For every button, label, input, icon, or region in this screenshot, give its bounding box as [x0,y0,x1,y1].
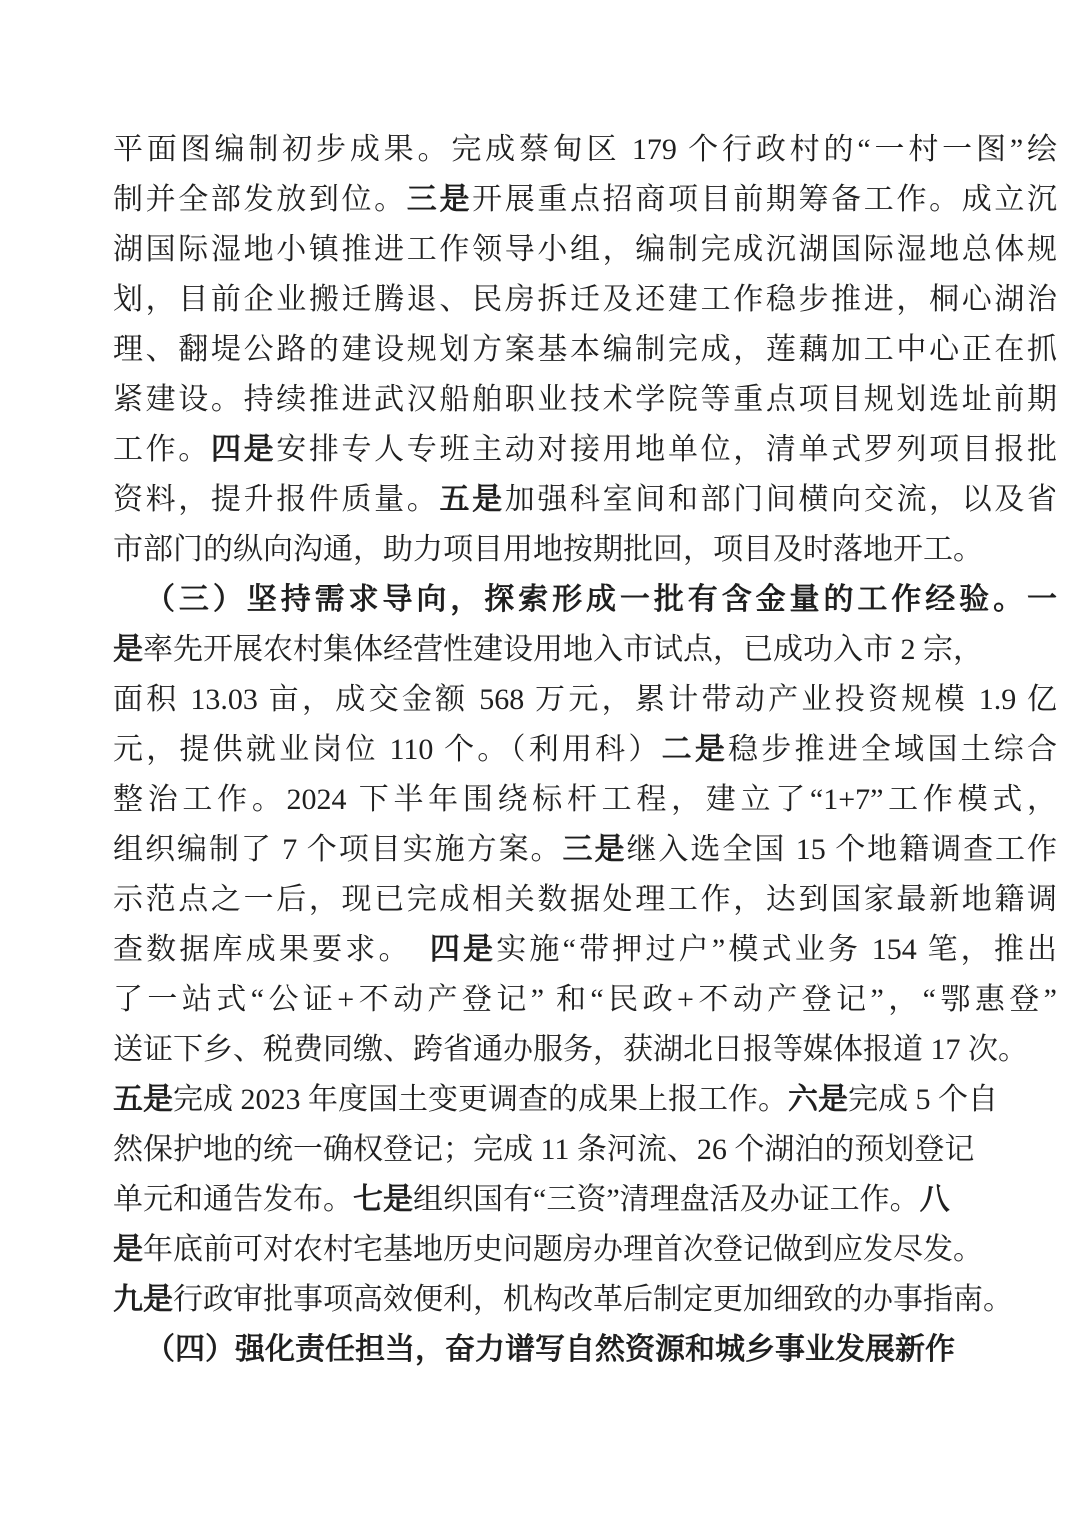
text-segment: 实施“带押过户”模式业务 154 笔，推出 [496,933,1057,966]
text-line: 是年底前可对农村宅基地历史问题房办理首次登记做到应发尽发。 [113,1225,1057,1275]
text-segment: 稳步推进全域国土综合 [728,733,1057,766]
text-line: （三）坚持需求导向，探索形成一批有含金量的工作经验。一 [113,575,1057,625]
text-segment: 紧建设。持续推进武汉船舶职业技术学院等重点项目规划选址前期 [113,383,1057,416]
bold-text-segment: 三是 [563,833,627,866]
text-segment: 送证下乡、税费同缴、跨省通办服务，获湖北日报等媒体报道 17 次。 [113,1033,1028,1066]
text-line: 查数据库成果要求。 四是实施“带押过户”模式业务 154 笔，推出 [113,925,1057,975]
text-line: 送证下乡、税费同缴、跨省通办服务，获湖北日报等媒体报道 17 次。 [113,1025,1057,1075]
text-segment: 加强科室间和部门间横向交流，以及省 [505,483,1057,516]
bold-text-segment: 六是 [788,1083,848,1116]
text-segment: 完成 2023 年度国土变更调查的成果上报工作。 [173,1083,788,1116]
text-line: 整治工作。2024 下半年围绕标杆工程，建立了“1+7”工作模式， [113,775,1057,825]
text-line: （四）强化责任担当，奋力谱写自然资源和城乡事业发展新作 [113,1325,1057,1375]
text-segment: 面积 13.03 亩，成交金额 568 万元，累计带动产业投资规模 1.9 亿 [113,683,1057,716]
text-line: 面积 13.03 亩，成交金额 568 万元，累计带动产业投资规模 1.9 亿 [113,675,1057,725]
text-segment: 组织国有“三资”清理盘活及办证工作。 [413,1183,920,1216]
text-line: 组织编制了 7 个项目实施方案。三是继入选全国 15 个地籍调查工作 [113,825,1057,875]
text-segment: 单元和通告发布。 [113,1183,353,1216]
text-line: 了一站式“公证+不动产登记” 和“民政+不动产登记”，“鄂惠登” [113,975,1057,1025]
text-segment: 制并全部发放到位。 [113,183,407,216]
text-line: 单元和通告发布。七是组织国有“三资”清理盘活及办证工作。八 [113,1175,1057,1225]
text-line: 市部门的纵向沟通，助力项目用地按期批回，项目及时落地开工。 [113,525,1057,575]
text-segment: 组织编制了 7 个项目实施方案。 [113,833,563,866]
text-line: 紧建设。持续推进武汉船舶职业技术学院等重点项目规划选址前期 [113,375,1057,425]
text-segment: 完成 5 个自 [848,1083,998,1116]
text-line: 制并全部发放到位。三是开展重点招商项目前期筹备工作。成立沉 [113,175,1057,225]
bold-text-segment: 四是 [430,933,496,966]
text-line: 湖国际湿地小镇推进工作领导小组，编制完成沉湖国际湿地总体规 [113,225,1057,275]
text-segment: 市部门的纵向沟通，助力项目用地按期批回，项目及时落地开工。 [113,533,983,566]
bold-text-segment: （四）强化责任担当，奋力谱写自然资源和城乡事业发展新作 [145,1333,955,1366]
text-line: 平面图编制初步成果。完成蔡甸区 179 个行政村的“一村一图”绘 [113,125,1057,175]
text-segment: 划，目前企业搬迁腾退、民房拆迁及还建工作稳步推进，桐心湖治 [113,283,1057,316]
bold-text-segment: 是 [113,1233,143,1266]
text-segment: 行政审批事项高效便利，机构改革后制定更加细致的办事指南。 [173,1283,1013,1316]
bold-text-segment: 八 [920,1183,950,1216]
text-line: 示范点之一后，现已完成相关数据处理工作，达到国家最新地籍调 [113,875,1057,925]
bold-text-segment: （三）坚持需求导向，探索形成一批有含金量的工作经验。一 [145,583,1057,616]
bold-text-segment: 四是 [211,433,276,466]
bold-text-segment: 二是 [662,733,728,766]
text-segment: 开展重点招商项目前期筹备工作。成立沉 [472,183,1057,216]
bold-text-segment: 五是 [439,483,504,516]
text-line: 工作。四是安排专人专班主动对接用地单位，清单式罗列项目报批 [113,425,1057,475]
bold-text-segment: 是 [113,633,143,666]
document-page: 平面图编制初步成果。完成蔡甸区 179 个行政村的“一村一图”绘制并全部发放到位… [0,0,1074,1520]
bold-text-segment: 三是 [407,183,472,216]
text-segment: 率先开展农村集体经营性建设用地入市试点，已成功入市 2 宗， [143,633,983,666]
text-segment: 理、翻堤公路的建设规划方案基本编制完成，莲藕加工中心正在抓 [113,333,1057,366]
text-segment: 年底前可对农村宅基地历史问题房办理首次登记做到应发尽发。 [143,1233,983,1266]
text-segment: 安排专人专班主动对接用地单位，清单式罗列项目报批 [276,433,1057,466]
text-line: 是率先开展农村集体经营性建设用地入市试点，已成功入市 2 宗， [113,625,1057,675]
text-line: 五是完成 2023 年度国土变更调查的成果上报工作。六是完成 5 个自 [113,1075,1057,1125]
bold-text-segment: 七是 [353,1183,413,1216]
bold-text-segment: 五是 [113,1083,173,1116]
text-segment: 了一站式“公证+不动产登记” 和“民政+不动产登记”，“鄂惠登” [113,983,1057,1016]
text-line: 元，提供就业岗位 110 个。（利用科）二是稳步推进全域国土综合 [113,725,1057,775]
bold-text-segment: 九是 [113,1283,173,1316]
text-segment: 工作。 [113,433,211,466]
text-segment: 湖国际湿地小镇推进工作领导小组，编制完成沉湖国际湿地总体规 [113,233,1057,266]
text-segment: 继入选全国 15 个地籍调查工作 [626,833,1057,866]
text-line: 划，目前企业搬迁腾退、民房拆迁及还建工作稳步推进，桐心湖治 [113,275,1057,325]
text-segment: 整治工作。2024 下半年围绕标杆工程，建立了“1+7”工作模式， [113,783,1057,816]
text-segment: 元，提供就业岗位 110 个。（利用科） [113,733,662,766]
text-segment: 查数据库成果要求。 [113,933,430,966]
text-line: 资料，提升报件质量。五是加强科室间和部门间横向交流，以及省 [113,475,1057,525]
text-line: 然保护地的统一确权登记；完成 11 条河流、26 个湖泊的预划登记 [113,1125,1057,1175]
text-line: 理、翻堤公路的建设规划方案基本编制完成，莲藕加工中心正在抓 [113,325,1057,375]
document-text-block: 平面图编制初步成果。完成蔡甸区 179 个行政村的“一村一图”绘制并全部发放到位… [113,125,1057,1375]
text-segment: 资料，提升报件质量。 [113,483,439,516]
text-segment: 示范点之一后，现已完成相关数据处理工作，达到国家最新地籍调 [113,883,1057,916]
text-segment: 然保护地的统一确权登记；完成 11 条河流、26 个湖泊的预划登记 [113,1133,974,1166]
text-segment: 平面图编制初步成果。完成蔡甸区 179 个行政村的“一村一图”绘 [113,133,1057,166]
text-line: 九是行政审批事项高效便利，机构改革后制定更加细致的办事指南。 [113,1275,1057,1325]
